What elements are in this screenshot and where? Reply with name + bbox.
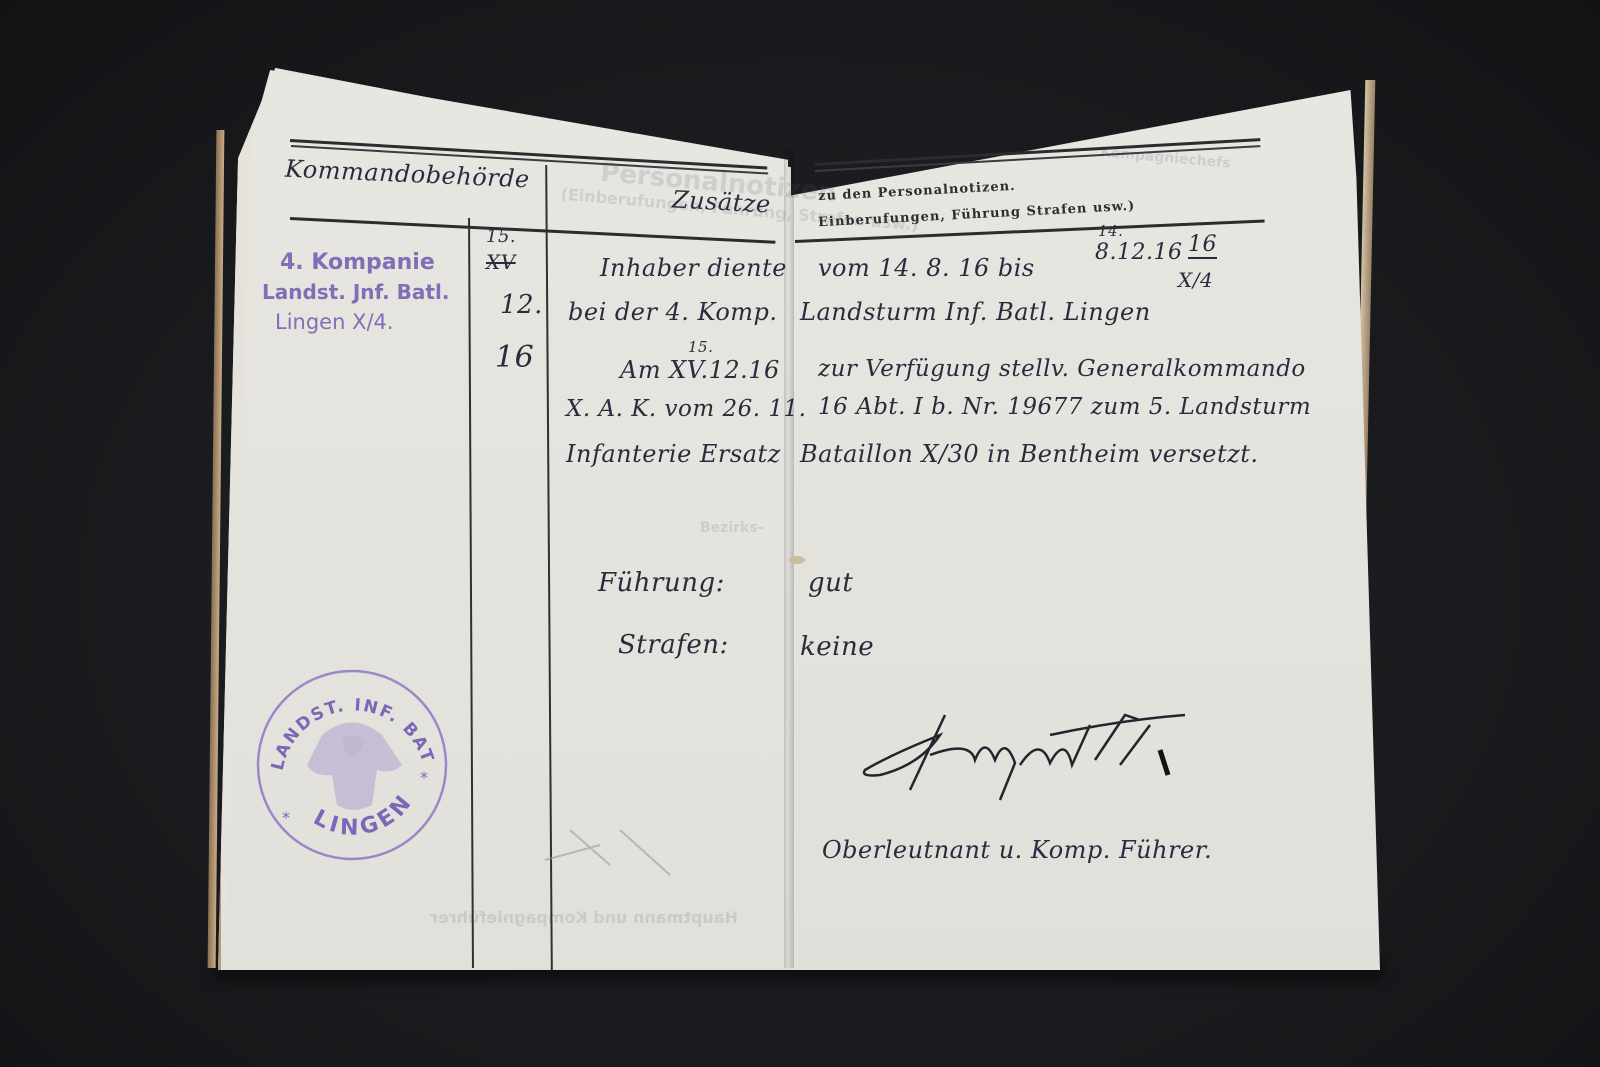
entry-3-right: zur Verfügung stellv. Generalkommando [818,356,1306,382]
entry-1-fraction-top: 16 [1188,232,1217,259]
entry-3-left-sup: 15. [688,338,713,356]
entry-1-right: vom 14. 8. 16 bis [818,254,1035,282]
signature-title: Oberleutnant u. Komp. Führer. [822,836,1212,864]
svg-text:*: * [282,808,290,827]
date-year: 16 [495,340,534,375]
entry-1-date-sup: 14. [1098,222,1123,240]
entry-2-suffix: X/4 [1178,268,1213,292]
battalion-seal-stamp: LANDST. INF. BATAILLON LINGEN * * [252,665,452,865]
company-stamp-line2: Landst. Jnf. Batl. [262,280,449,304]
punishments-value: keine [800,632,874,662]
date-day-corrected: 15. [486,226,516,247]
eagle-emblem-icon [307,723,402,811]
company-stamp-line3: Lingen X/4. [275,310,394,334]
entry-2-right: Landsturm Inf. Batl. Lingen [800,298,1151,326]
entry-2-left: bei der 4. Komp. [568,298,778,326]
military-passbook: Personalnotizen (Einberufungen, Führung,… [0,0,1600,1067]
date-month: 12. [500,290,543,320]
entry-1-date: 8.12.16 [1095,240,1182,265]
punishments-label: Strafen: [618,630,729,660]
entry-4-right: 16 Abt. I b. Nr. 19677 zum 5. Landsturm [818,394,1311,420]
conduct-value: gut [808,568,853,598]
faint-pencil-scribble [540,820,700,880]
binding-stitch [789,556,805,564]
svg-text:*: * [420,768,428,787]
entry-5-right: Bataillon X/30 in Bentheim versetzt. [800,440,1259,468]
entry-3-left: Am XV.12.16 [620,356,780,384]
ghost-print-bottom: Hauptmann und Kompagnieführer [430,908,738,927]
date-day-struck: XV [486,250,516,274]
company-stamp-line1: 4. Kompanie [280,250,435,275]
entry-4-left: X. A. K. vom 26. 11. [566,396,806,422]
header-zusaetze: Zusätze [671,185,771,218]
officer-signature: Kesselroth [850,695,1190,805]
entry-5-left: Infanterie Ersatz [566,440,781,468]
svg-text:Kesselroth: Kesselroth [850,695,856,696]
ghost-print-right-mid: Bezirks- [700,520,763,536]
conduct-label: Führung: [598,568,725,598]
entry-1-left: Inhaber diente [600,254,787,282]
